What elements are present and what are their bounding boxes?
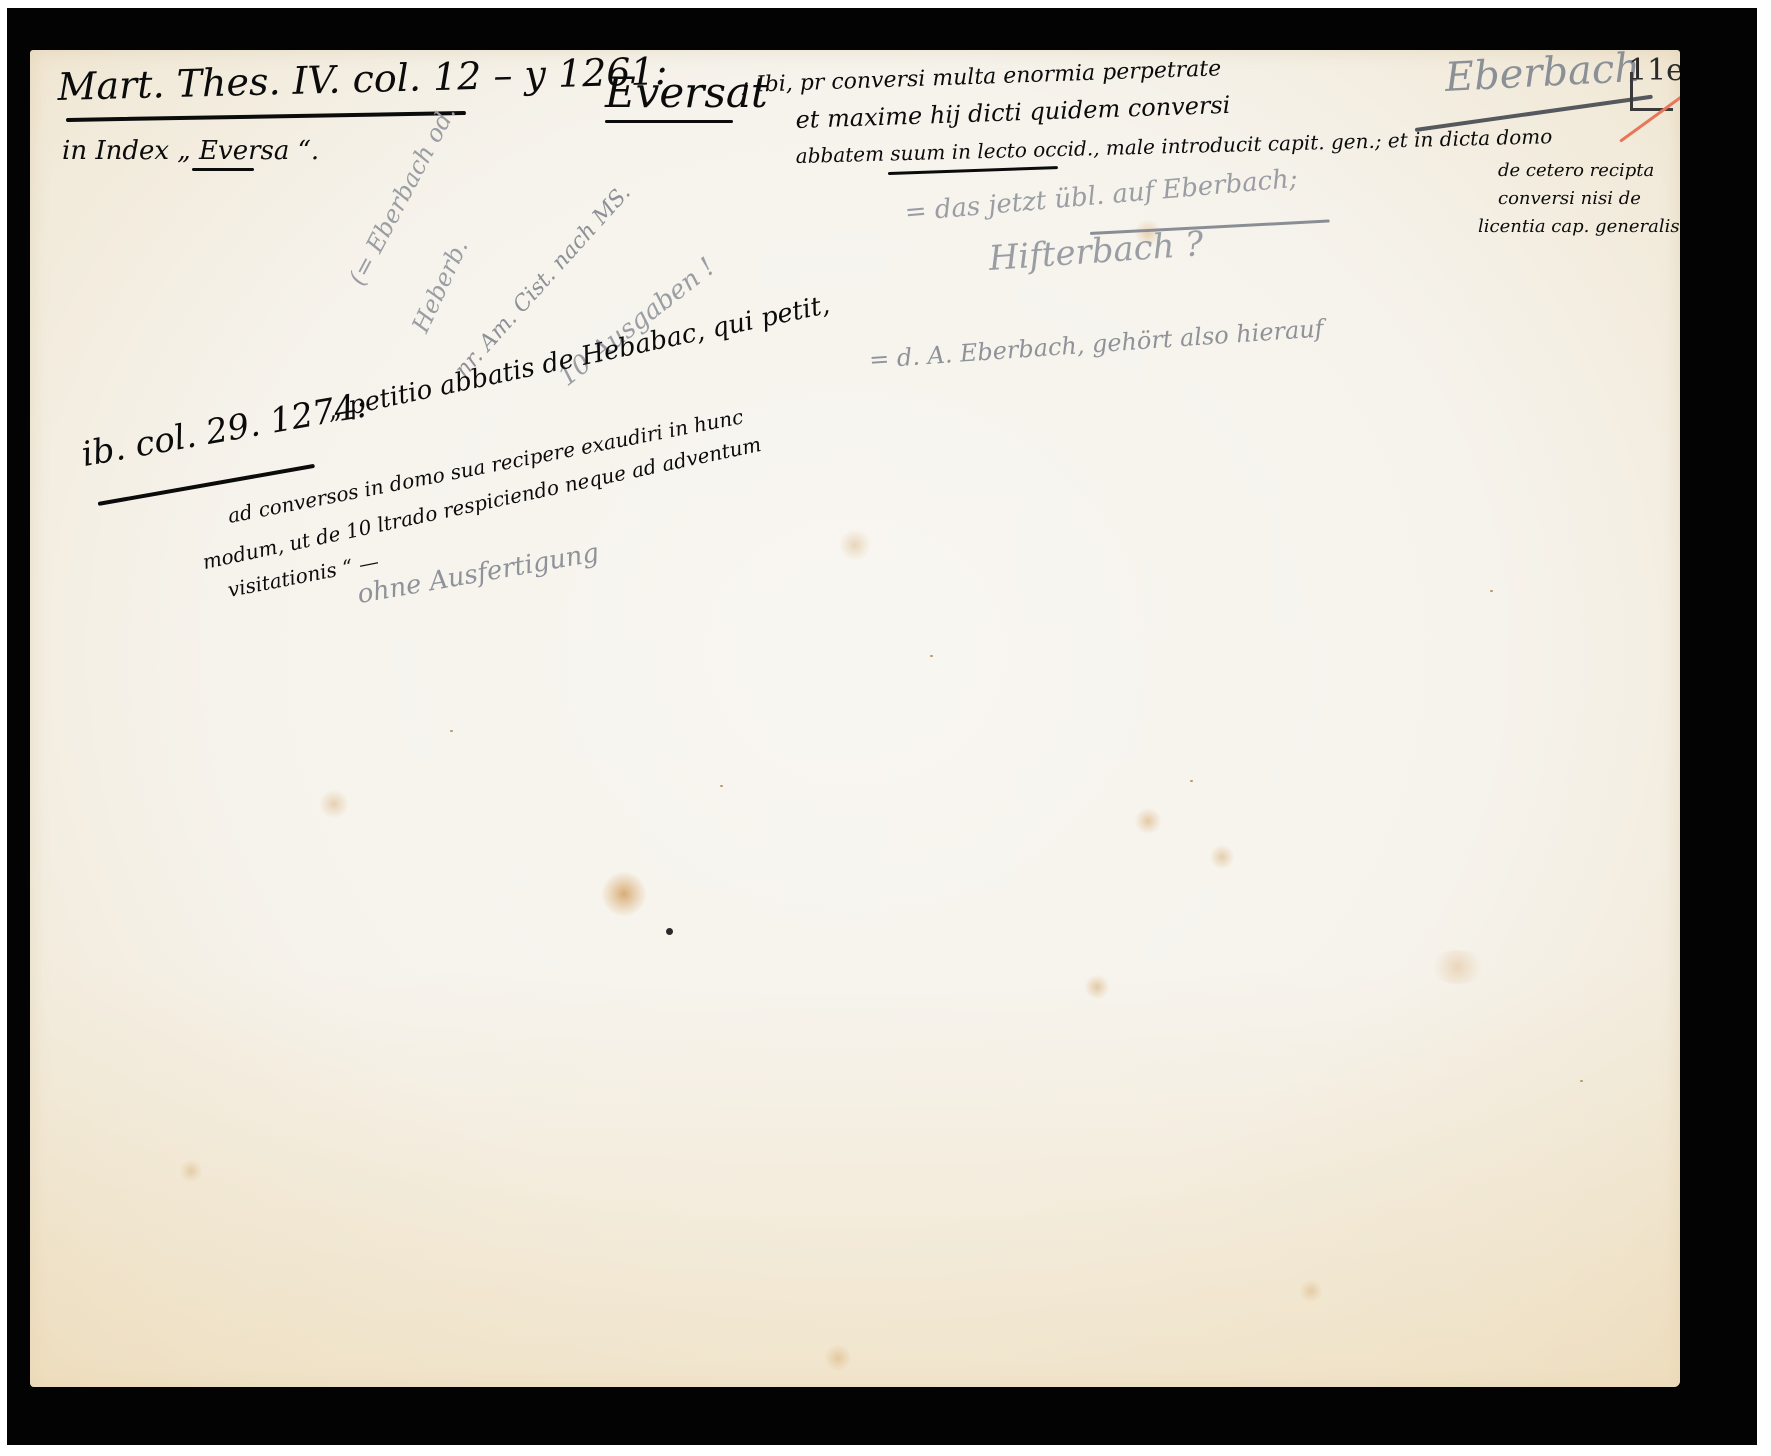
paper-aging-tint [30,967,1680,1387]
eversa-underline [192,168,254,171]
index-card: Mart. Thes. IV. col. 12 – y 1261: in Ind… [30,50,1680,1387]
pencil-note-c-line-1: = das jetzt übl. auf Eberbach; [904,166,1299,226]
citation-underline [66,111,466,122]
entry-1-citation: Mart. Thes. IV. col. 12 – y 1261: [57,52,668,106]
pencil-note-d: = d. A. Eberbach, gehört also hierauf [868,316,1324,372]
abbatem-underline [888,166,1058,175]
foxing-stain [1300,1280,1322,1302]
pencil-note-e: ohne Ausfertigung [355,540,600,608]
entry-1-text-line-1: ; Ibi, pr conversi multa enormia perpetr… [741,58,1221,97]
foxing-stain [825,1345,851,1371]
foxing-stain [1430,950,1485,984]
foxing-stain [180,1160,202,1182]
pencil-note-c-line-2: Hifterbach ? [988,227,1205,276]
foxing-stain [602,872,646,916]
ink-dot [666,928,673,935]
paper-speck [720,785,723,787]
pencil-note-a-line-2: Heberb. [408,236,472,336]
entry-1-text-line-3: abbatem suum in lecto occid., male intro… [795,126,1552,166]
entry-1-index-note: in Index „ Eversa “. [62,138,319,164]
entry-1-margin-line-1: de cetero recipta [1498,162,1654,180]
foxing-stain [840,530,870,560]
paper-speck [930,655,933,657]
entry-1-margin-line-2: conversi nisi de [1498,190,1641,208]
entry-1-text-line-2: et maxime hij dicti quidem conversi [795,93,1231,132]
paper-speck [450,730,453,732]
top-right-pencil-label: Eberbach [1444,50,1641,98]
entry-2-text-line-1: „ petitio abbatis de Hebabac, qui petit, [325,292,832,424]
entry-1-margin-line-3: licentia cap. generalis [1478,218,1680,236]
foxing-stain [1085,975,1109,999]
foxing-stain [320,790,348,818]
paper-speck [1190,780,1193,782]
paper-speck [1580,1080,1583,1082]
paper-speck [1490,590,1493,592]
foxing-stain [1210,845,1234,869]
headword-underline [605,120,733,123]
foxing-stain [1135,808,1161,834]
